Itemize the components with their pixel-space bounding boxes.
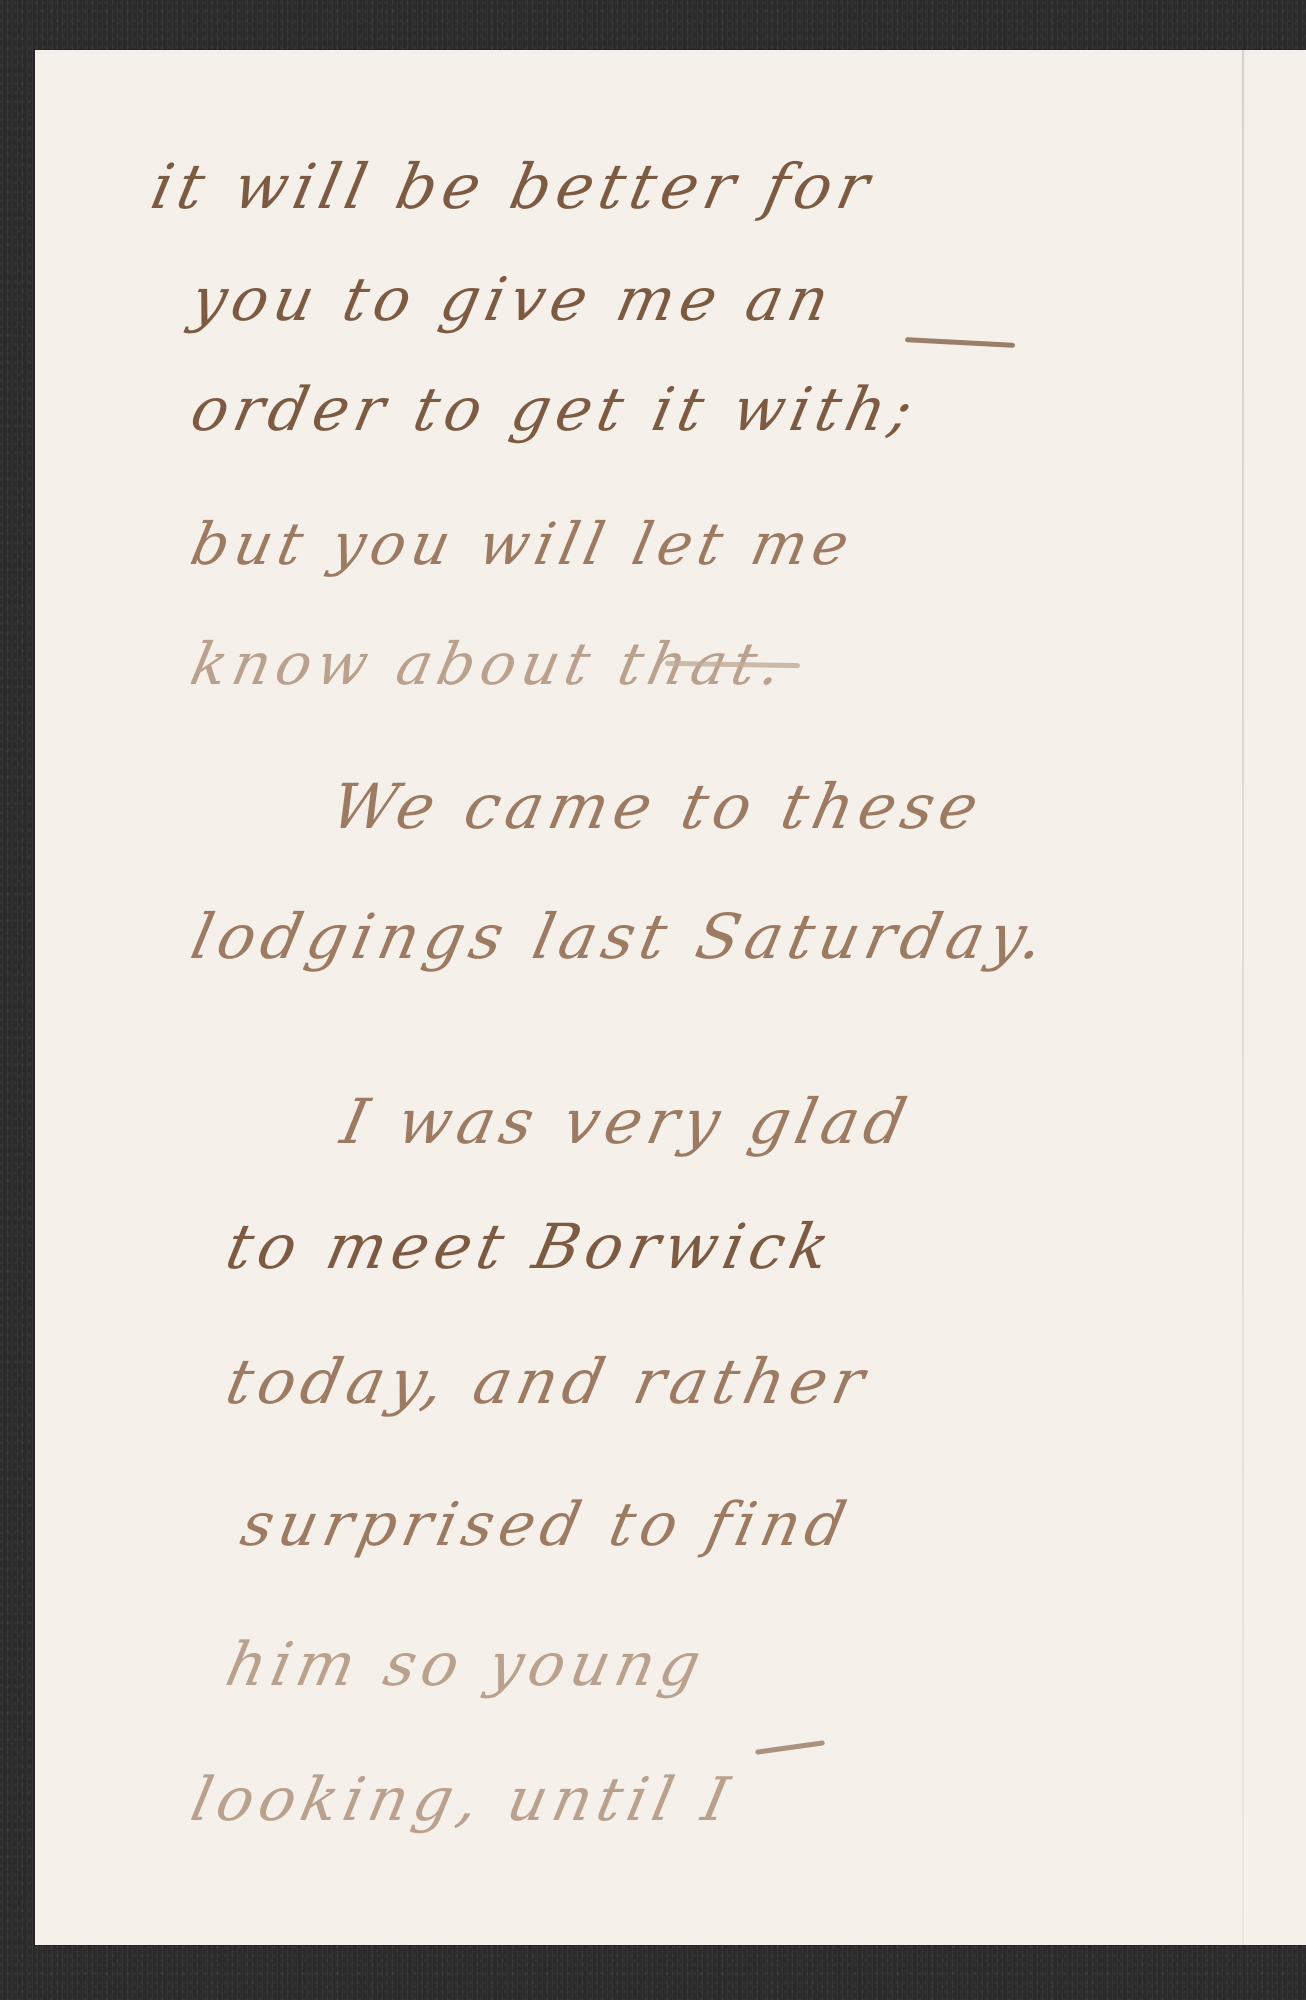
letter-line-6: We came to these [325,770,990,843]
letter-line-9: to meet Borwick [220,1210,842,1283]
letter-line-2: you to give me an [185,265,841,335]
letter-line-11: surprised to find [235,1490,858,1560]
letter-line-13: looking, until I [185,1765,741,1835]
letter-line-1: it will be better for [145,150,881,223]
descender-flourish [755,1740,825,1755]
letter-line-7: lodgings last Saturday. [185,900,1056,973]
letter-line-4: but you will let me [185,510,861,578]
letter-line-12: him so young [220,1630,712,1700]
letter-line-8: I was very glad [335,1085,919,1158]
handwritten-letter-body: it will be better for you to give me an … [35,50,1306,1945]
letter-line-10: today, and rather [220,1345,877,1418]
letter-line-3: order to get it with; [185,375,925,445]
underline-flourish [905,337,1015,348]
letter-page: it will be better for you to give me an … [35,50,1306,1945]
